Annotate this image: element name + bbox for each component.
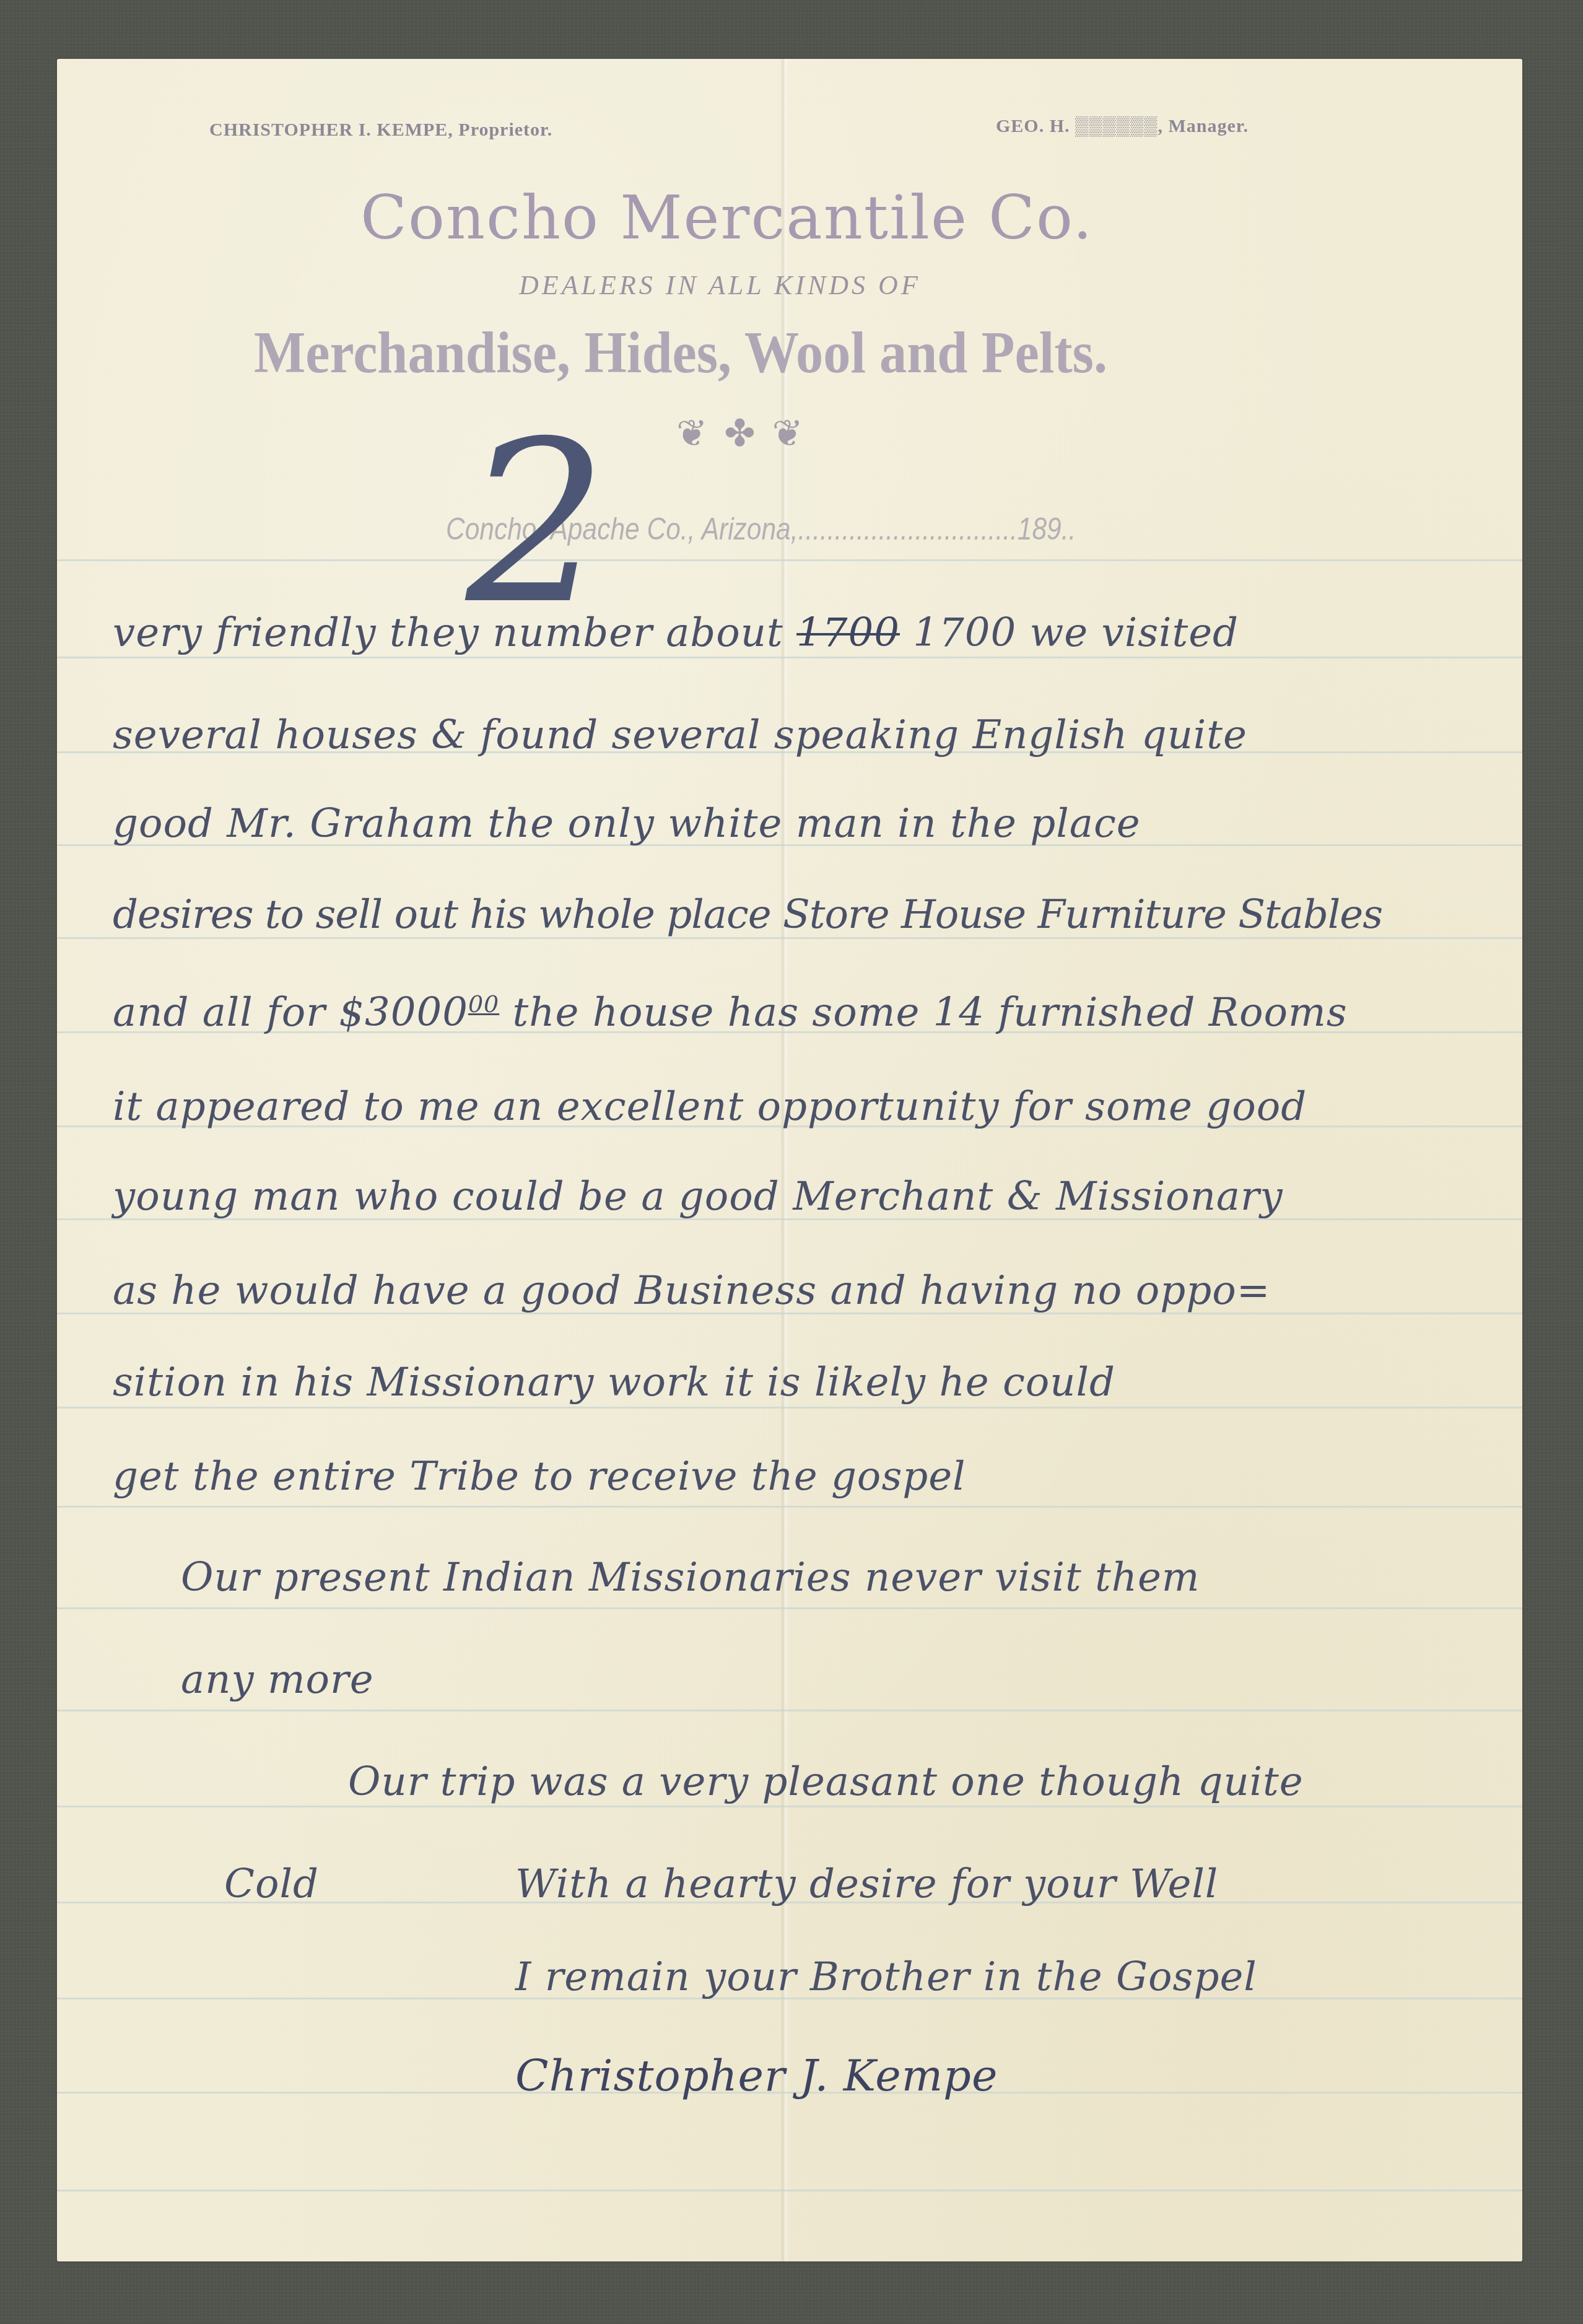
margin-word-cold: Cold [224, 1861, 319, 1907]
amount-cents: 00 [468, 990, 499, 1018]
body-line: Our trip was a very pleasant one though … [348, 1759, 1304, 1805]
year-prefix: 189.. [1018, 512, 1076, 546]
body-line: sition in his Missionary work it is like… [113, 1360, 1115, 1405]
body-line: very friendly they number about 1700 170… [113, 610, 1239, 656]
body-line: any more [181, 1657, 374, 1703]
ornament: ❦ ✤ ❦ [676, 412, 807, 455]
signature: Christopher J. Kempe [515, 2050, 998, 2101]
letter-page: CHRISTOPHER I. KEMPE, Proprietor. GEO. H… [57, 59, 1522, 2261]
body-text: the house has some 14 furnished Rooms [499, 990, 1347, 1036]
body-line: it appeared to me an excellent opportuni… [113, 1084, 1307, 1130]
ruled-line [57, 657, 1522, 658]
ruled-line [57, 2190, 1522, 2191]
company-name: Concho Mercantile Co. [360, 183, 1094, 253]
page-number-marker: 2 [466, 412, 608, 635]
body-line: get the entire Tribe to receive the gosp… [113, 1454, 966, 1500]
ruled-line [57, 1710, 1522, 1711]
goods-line: Merchandise, Hides, Wool and Pelts. [254, 318, 1107, 387]
ruled-line [57, 1806, 1522, 1807]
body-line: Our present Indian Missionaries never vi… [181, 1555, 1200, 1601]
closing-line: I remain your Brother in the Gospel [515, 1954, 1257, 2000]
body-text: 1700 we visited [900, 610, 1239, 656]
proprietor-line: CHRISTOPHER I. KEMPE, Proprietor. [209, 120, 552, 141]
tagline: DEALERS IN ALL KINDS OF [519, 269, 921, 301]
body-text: and all for $3000 [113, 990, 468, 1036]
body-line: as he would have a good Business and hav… [113, 1268, 1270, 1314]
body-line: good Mr. Graham the only white man in th… [113, 801, 1141, 847]
closing-line: With a hearty desire for your Well [515, 1861, 1218, 1907]
ruled-line [57, 559, 1522, 561]
manager-line: GEO. H. ▒▒▒▒▒▒, Manager. [996, 116, 1249, 137]
ruled-line [57, 1407, 1522, 1409]
body-line: desires to sell out his whole place Stor… [113, 892, 1382, 938]
body-text: very friendly they number about [113, 610, 796, 656]
ruled-line [57, 1506, 1522, 1508]
body-line: several houses & found several speaking … [113, 712, 1247, 758]
body-line: young man who could be a good Merchant &… [113, 1174, 1283, 1220]
body-line: and all for $300000 the house has some 1… [113, 990, 1348, 1036]
struck-number: 1700 [796, 610, 900, 656]
ruled-line [57, 1607, 1522, 1609]
date-dots: .............................. [798, 512, 1018, 546]
